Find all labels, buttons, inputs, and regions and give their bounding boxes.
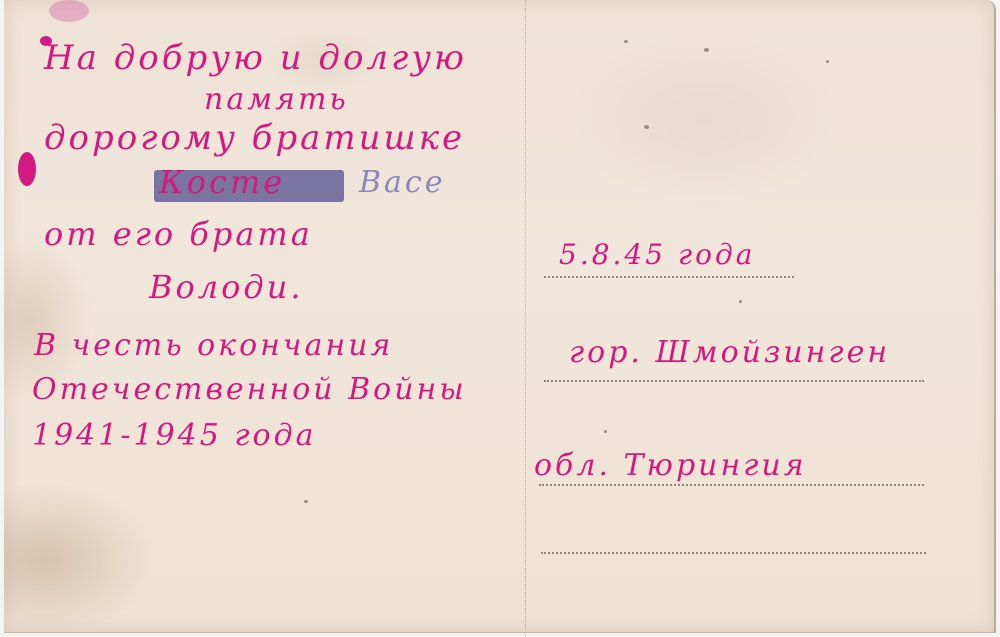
address-region: обл. Тюрингия [534,448,807,483]
address-date: 5.8.45 года [559,238,755,271]
address-line-4 [541,552,926,554]
ink-stain-top [49,0,89,22]
speck [704,48,709,52]
address-line-3 [539,484,924,486]
speck [624,40,628,43]
message-line-7: В честь окончания [34,328,393,363]
postcard-back: На добрую и долгую память дорогому брати… [4,0,996,633]
ink-blot-left [18,152,36,186]
message-line-8: Отечественной Войны [32,372,467,407]
address-city: гор. Шмойзинген [569,335,890,370]
address-line-2 [544,380,924,382]
message-line-2: память [204,82,349,117]
message-signature: Володи. [149,268,303,306]
divider-line [525,0,526,637]
message-line-3: дорогому братишке [44,118,465,158]
message-line-5: от его брата [44,215,313,253]
struck-out-name: Косте [159,163,285,201]
address-line-1 [544,276,794,278]
speck [604,430,607,433]
message-line-1: На добрую и долгую [44,38,467,78]
message-line-9: 1941-1945 года [32,418,317,453]
speck [739,300,742,303]
speck [304,500,308,503]
speck [826,60,829,63]
speck [644,125,649,129]
corrected-name: Васе [359,165,446,200]
